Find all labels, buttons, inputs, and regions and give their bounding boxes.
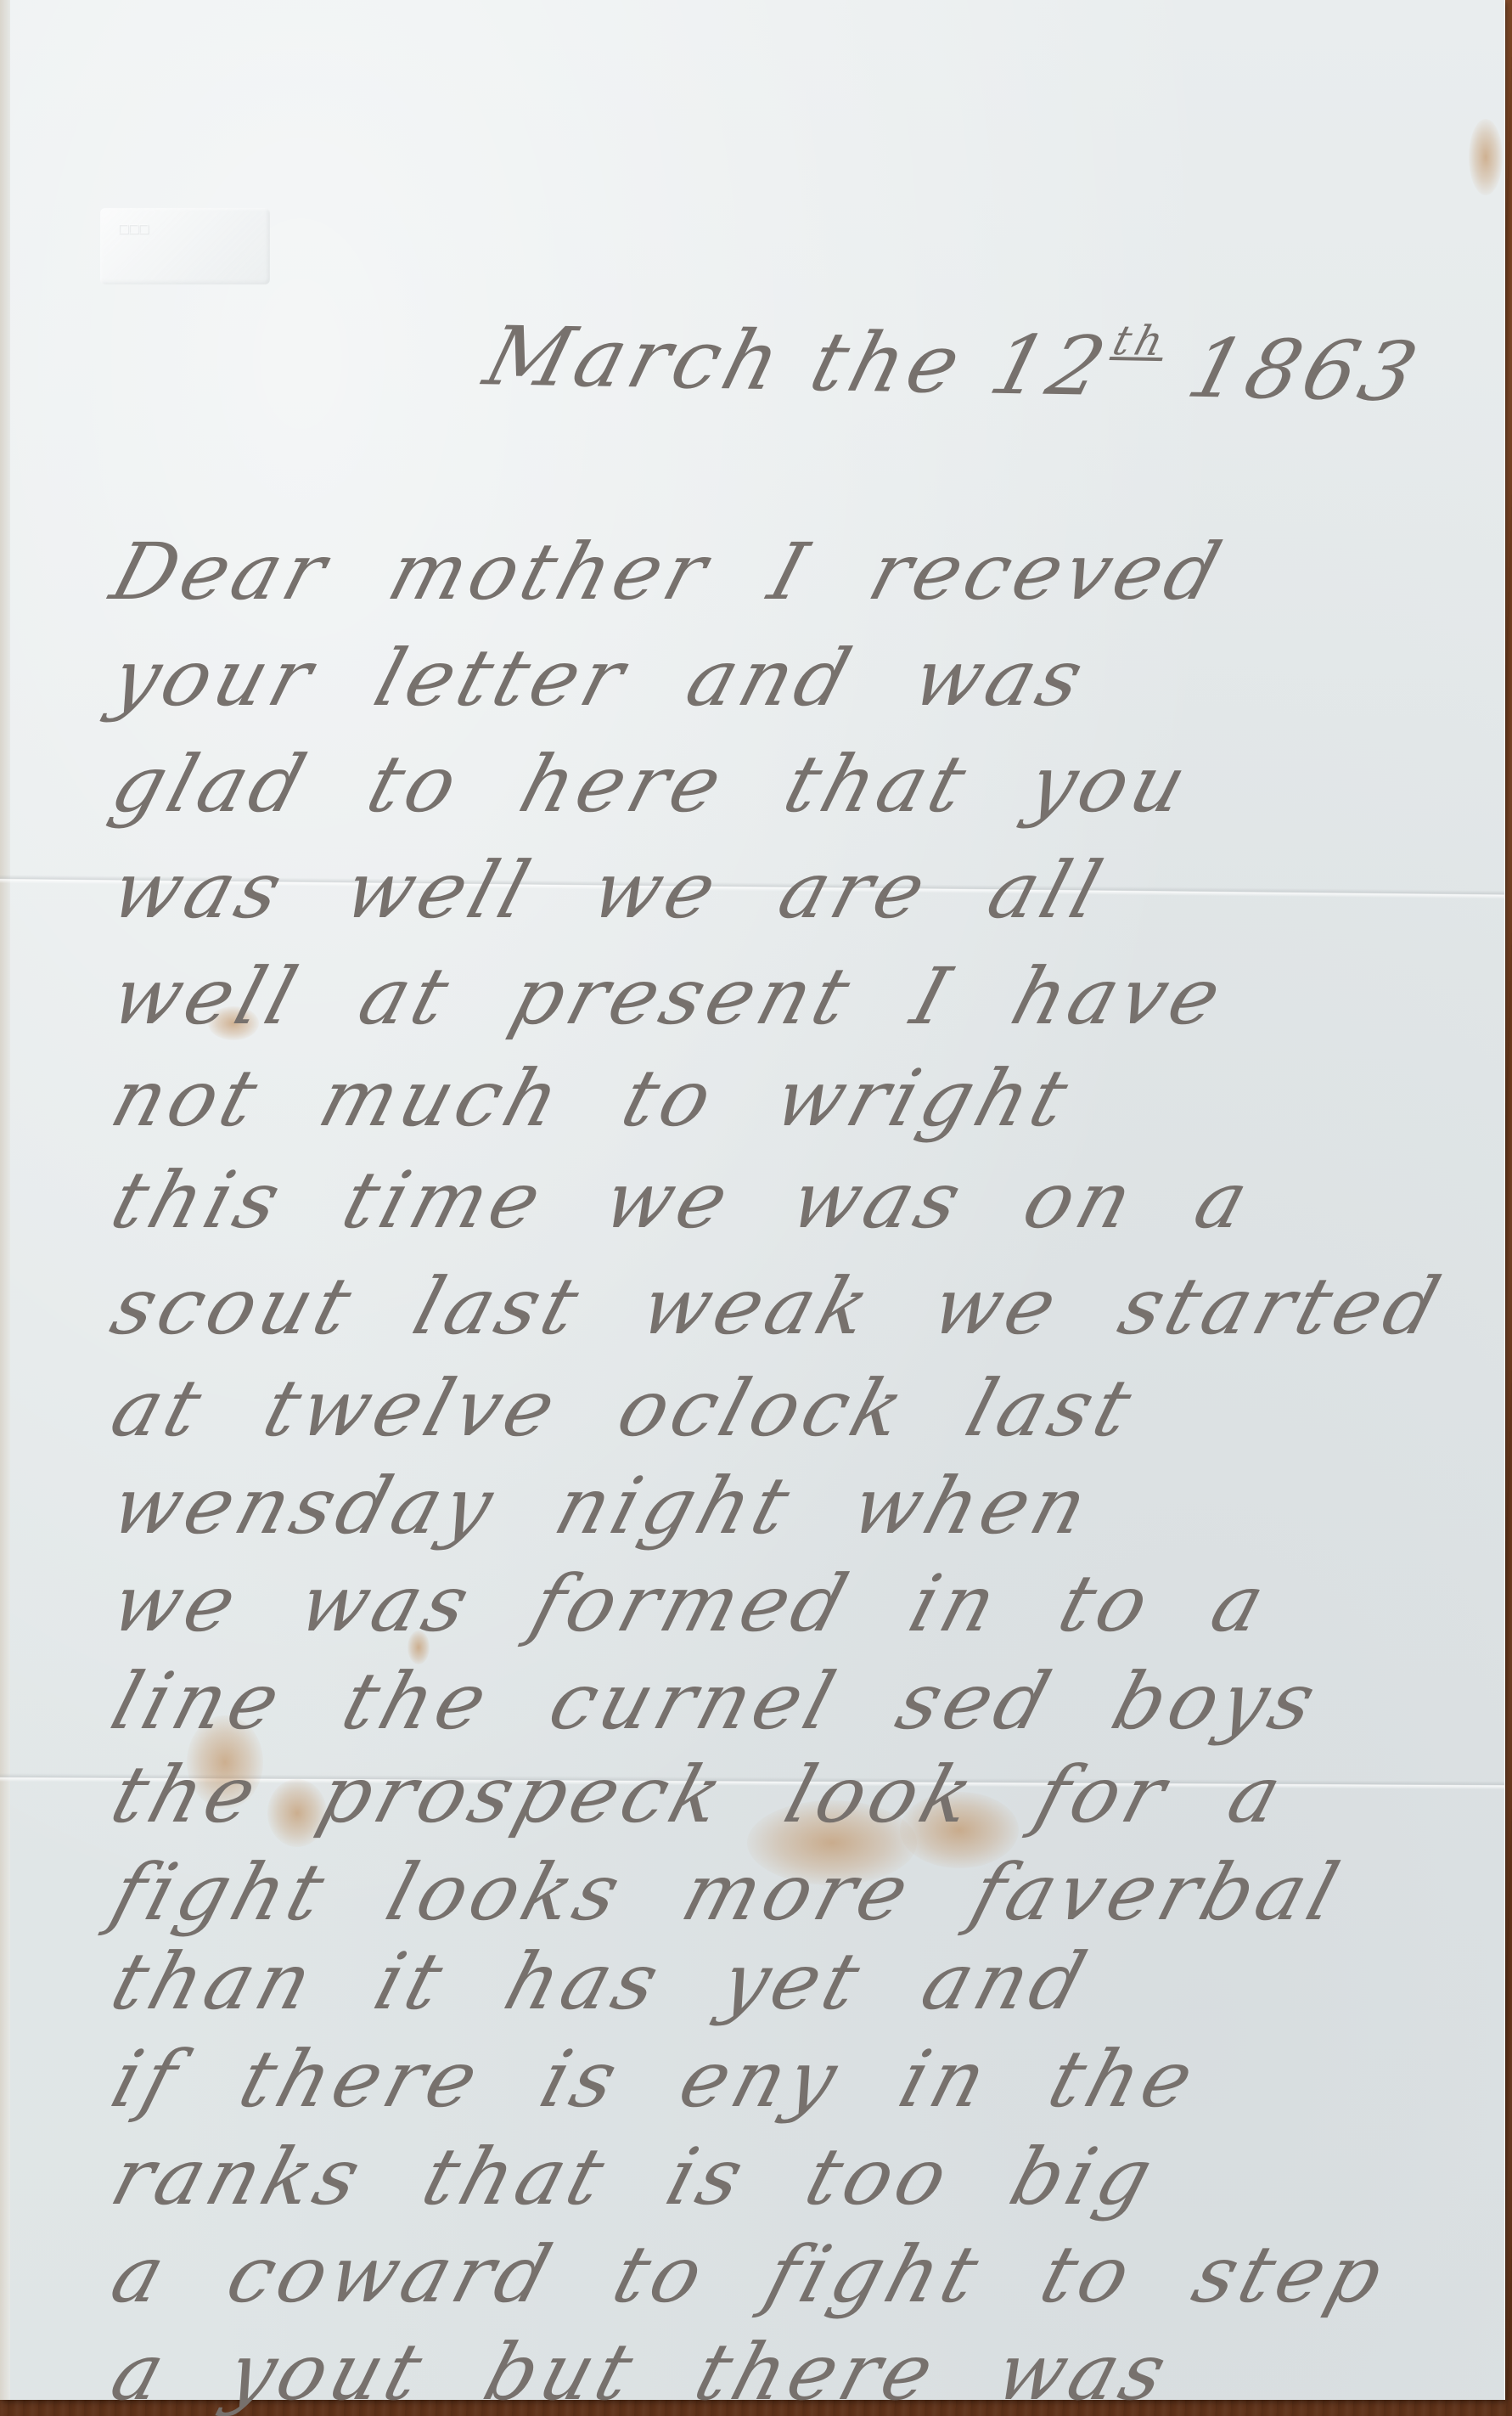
date-superscript: th	[1108, 317, 1173, 365]
letter-line-13: the prospeck look for a	[102, 1749, 1296, 1840]
letter-line-7: this time we was on a	[102, 1155, 1262, 1246]
paper-left-edge	[0, 0, 10, 2400]
letter-line-3: glad to here that you	[102, 739, 1201, 830]
letter-line-12: line the curnel sed boys	[102, 1656, 1330, 1747]
letter-line-6: not much to wright	[102, 1053, 1082, 1144]
letter-line-11: we was formed in to a	[102, 1558, 1279, 1649]
letter-line-14: fight looks more faverbal	[102, 1847, 1353, 1938]
letter-line-17: ranks that is too big	[102, 2132, 1166, 2222]
date-text: March the 12	[475, 309, 1120, 414]
letter-line-4: was well we are all	[102, 845, 1116, 936]
letter-line-15: than it has yet and	[102, 1936, 1100, 2027]
rust-stain	[1469, 119, 1503, 195]
letter-line-8: scout last weak we started	[102, 1261, 1454, 1352]
letter-line-10: wensday night when	[102, 1461, 1102, 1552]
date-year: 1863	[1178, 321, 1431, 420]
letter-paper: □□□ March the 12th 1863 Dear mother I re…	[0, 0, 1505, 2400]
letter-line-19: a yout but there was	[102, 2327, 1181, 2416]
letter-date: March the 12th 1863	[475, 307, 1432, 420]
letter-line-5: well at present I have	[102, 951, 1236, 1042]
letter-line-18: a coward to fight to step	[102, 2229, 1397, 2320]
letter-line-16: if there is eny in the	[102, 2034, 1208, 2125]
embossed-stamp-icon: □□□	[100, 208, 270, 284]
embossed-stamp-text: □□□	[100, 208, 270, 238]
letter-line-9: at twelve oclock last	[102, 1363, 1146, 1454]
letter-line-1: Dear mother I receved	[102, 527, 1235, 617]
letter-line-2: your letter and was	[102, 633, 1098, 724]
